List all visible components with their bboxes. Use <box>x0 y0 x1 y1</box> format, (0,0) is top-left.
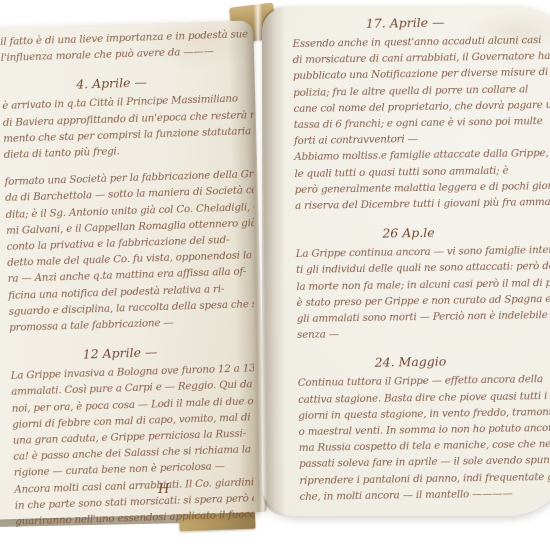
handwritten-line: senza — <box>297 323 550 343</box>
journal-entry: formato una Società per la fabbricazione… <box>4 166 254 336</box>
entry-date-heading: 17. Aprile — <box>292 11 518 34</box>
journal-entry: 17. Aprile —Essendo anche in quest'anno … <box>292 11 550 214</box>
journal-entry: 4. Aprile —è arrivato in q.ta Città il P… <box>1 70 254 164</box>
manuscript-photo: il fatto è di una lieve importanza e in … <box>0 0 550 550</box>
left-page-text-area: il fatto è di una lieve importanza e in … <box>0 0 254 540</box>
entry-date-heading: 24. Maggio <box>297 351 523 374</box>
entry-end-mark: H <box>158 479 250 498</box>
left-page-text: il fatto è di una lieve importanza e in … <box>0 26 254 540</box>
right-page-text-area: 17. Aprile —Essendo anche in quest'anno … <box>282 0 550 535</box>
handwritten-line: che, in molti ancora — il mantello ———— <box>299 485 550 505</box>
journal-entry: 26 Ap.leLa Grippe continua ancora — vi s… <box>295 221 550 343</box>
right-page-text: 17. Aprile —Essendo anche in quest'anno … <box>292 8 550 516</box>
journal-entry: il fatto è di una lieve importanza e in … <box>0 26 251 66</box>
journal-entry: 24. MaggioContinua tuttora il Grippe — e… <box>297 350 550 505</box>
entry-date-heading: 26 Ap.le <box>295 222 521 245</box>
handwritten-line: a riserva del Dicembre tutti i giovani p… <box>295 194 550 214</box>
